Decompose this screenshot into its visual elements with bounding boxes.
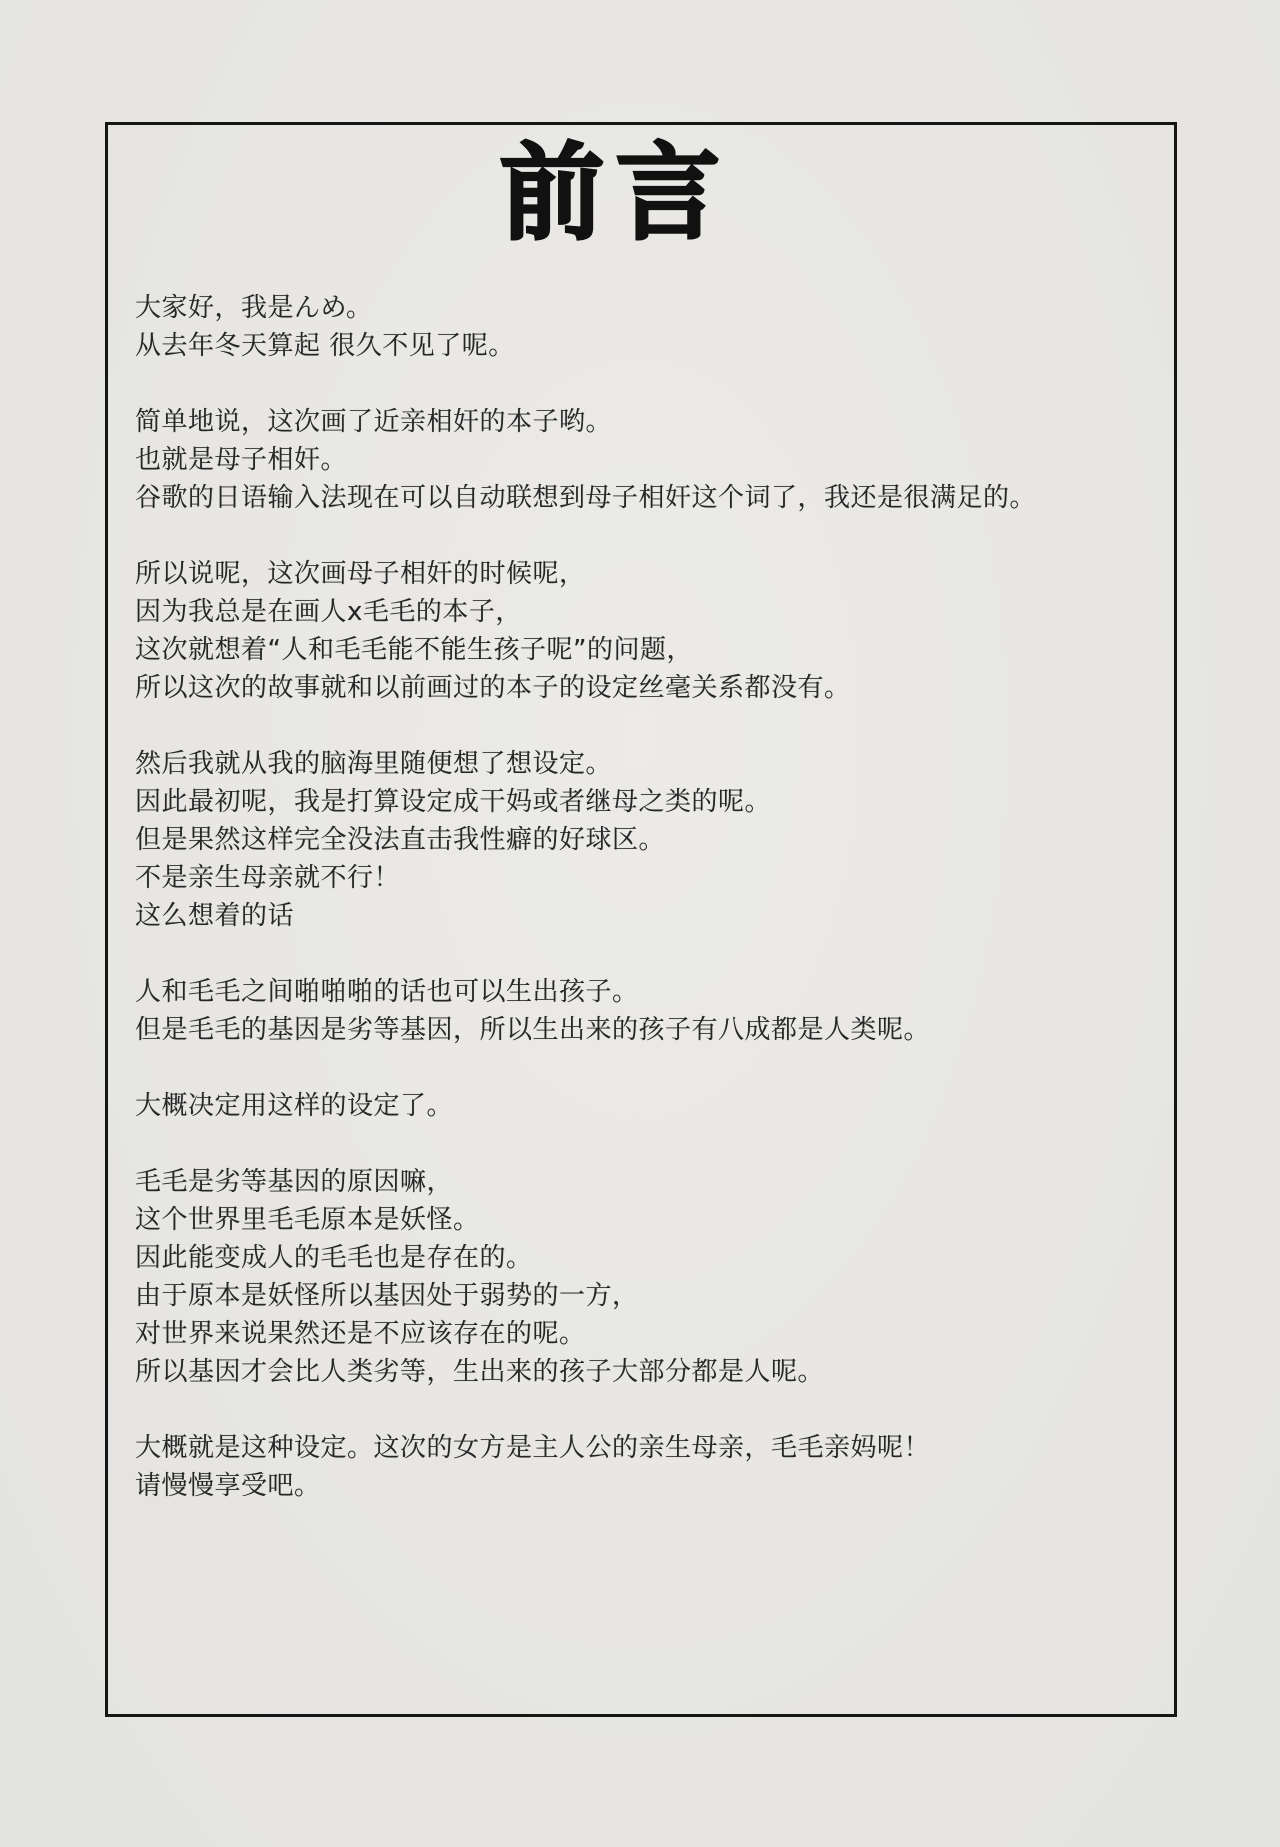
text-line: 也就是母子相奸。 (135, 441, 1144, 479)
text-line: 因为我总是在画人x毛毛的本子， (135, 593, 1144, 631)
text-line: 从去年冬天算起 很久不见了呢。 (135, 327, 1144, 365)
text-line: 简单地说，这次画了近亲相奸的本子哟。 (135, 403, 1144, 441)
text-line: 所以这次的故事就和以前画过的本子的设定丝毫关系都没有。 (135, 669, 1144, 707)
text-line: 这个世界里毛毛原本是妖怪。 (135, 1201, 1144, 1239)
text-line: 这次就想着“人和毛毛能不能生孩子呢”的问题， (135, 631, 1144, 669)
paragraph: 大概就是这种设定。这次的女方是主人公的亲生母亲，毛毛亲妈呢！请慢慢享受吧。 (135, 1429, 1144, 1505)
page-title: 前言 (83, 141, 1149, 245)
text-line: 不是亲生母亲就不行！ (135, 859, 1144, 897)
text-line: 毛毛是劣等基因的原因嘛， (135, 1163, 1144, 1201)
paragraph: 所以说呢，这次画母子相奸的时候呢，因为我总是在画人x毛毛的本子，这次就想着“人和… (135, 555, 1144, 707)
paragraph: 简单地说，这次画了近亲相奸的本子哟。也就是母子相奸。谷歌的日语输入法现在可以自动… (135, 403, 1144, 517)
paragraph: 毛毛是劣等基因的原因嘛，这个世界里毛毛原本是妖怪。因此能变成人的毛毛也是存在的。… (135, 1163, 1144, 1391)
preface-body: 大家好，我是んめ。从去年冬天算起 很久不见了呢。简单地说，这次画了近亲相奸的本子… (135, 289, 1144, 1505)
text-line: 大概就是这种设定。这次的女方是主人公的亲生母亲，毛毛亲妈呢！ (135, 1429, 1144, 1467)
text-line: 谷歌的日语输入法现在可以自动联想到母子相奸这个词了，我还是很满足的。 (135, 479, 1144, 517)
text-line: 所以说呢，这次画母子相奸的时候呢， (135, 555, 1144, 593)
paragraph: 人和毛毛之间啪啪啪的话也可以生出孩子。但是毛毛的基因是劣等基因，所以生出来的孩子… (135, 973, 1144, 1049)
text-line: 但是果然这样完全没法直击我性癖的好球区。 (135, 821, 1144, 859)
scanned-page: 前言 大家好，我是んめ。从去年冬天算起 很久不见了呢。简单地说，这次画了近亲相奸… (0, 0, 1280, 1847)
text-line: 由于原本是妖怪所以基因处于弱势的一方， (135, 1277, 1144, 1315)
text-line: 然后我就从我的脑海里随便想了想设定。 (135, 745, 1144, 783)
text-line: 所以基因才会比人类劣等，生出来的孩子大部分都是人呢。 (135, 1353, 1144, 1391)
page-frame: 前言 大家好，我是んめ。从去年冬天算起 很久不见了呢。简单地说，这次画了近亲相奸… (105, 122, 1177, 1717)
text-line: 这么想着的话 (135, 897, 1144, 935)
text-line: 请慢慢享受吧。 (135, 1467, 1144, 1505)
text-line: 人和毛毛之间啪啪啪的话也可以生出孩子。 (135, 973, 1144, 1011)
text-line: 对世界来说果然还是不应该存在的呢。 (135, 1315, 1144, 1353)
text-line: 大概决定用这样的设定了。 (135, 1087, 1144, 1125)
text-line: 因此最初呢，我是打算设定成干妈或者继母之类的呢。 (135, 783, 1144, 821)
text-line: 大家好，我是んめ。 (135, 289, 1144, 327)
text-line: 因此能变成人的毛毛也是存在的。 (135, 1239, 1144, 1277)
paragraph: 大概决定用这样的设定了。 (135, 1087, 1144, 1125)
paragraph: 然后我就从我的脑海里随便想了想设定。因此最初呢，我是打算设定成干妈或者继母之类的… (135, 745, 1144, 935)
paragraph: 大家好，我是んめ。从去年冬天算起 很久不见了呢。 (135, 289, 1144, 365)
text-line: 但是毛毛的基因是劣等基因，所以生出来的孩子有八成都是人类呢。 (135, 1011, 1144, 1049)
